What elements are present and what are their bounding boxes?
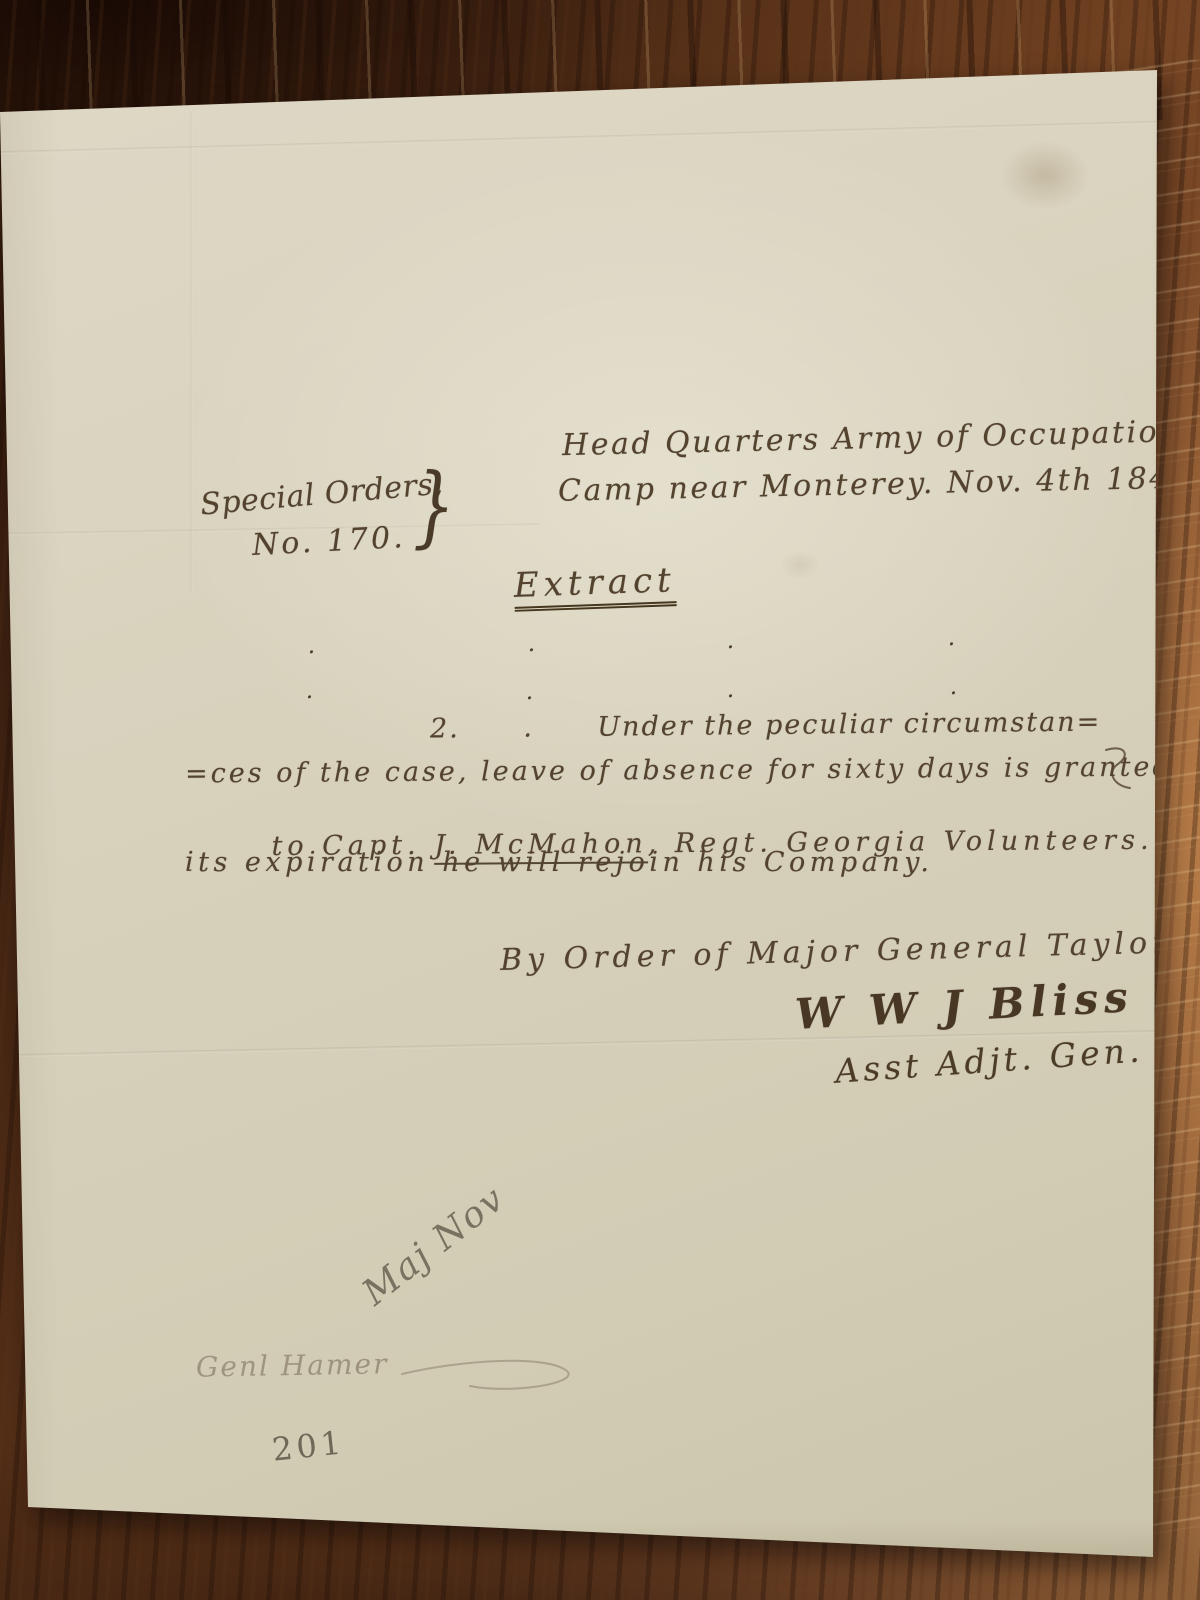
photo-of-document: Head Quarters Army of Occupation. Camp n…	[0, 0, 1200, 1600]
fold-crease-vertical	[190, 112, 193, 592]
dot: .	[727, 631, 734, 653]
paper-shadow-wrap: Head Quarters Army of Occupation. Camp n…	[0, 0, 1200, 1600]
by-order-line: By Order of Major General Taylor;	[500, 928, 1187, 976]
dot: .	[948, 628, 955, 650]
dot: .	[308, 636, 315, 658]
ink-flourish	[1100, 742, 1140, 792]
header-line-1: Head Quarters Army of Occupation.	[562, 417, 1194, 461]
extract-title: Extract	[513, 563, 676, 612]
faint-note-hamer: Genl Hamer	[196, 1350, 389, 1381]
signature-title: Asst Adjt. Gen.	[834, 1033, 1144, 1087]
dot: .	[528, 634, 535, 656]
faint-note-flourish	[400, 1352, 580, 1402]
document-paper: Head Quarters Army of Occupation. Camp n…	[0, 0, 1200, 1600]
body-line-4: its expiration he will rejoin his Compan…	[185, 849, 933, 876]
page-number: 201	[271, 1426, 347, 1465]
dot: .	[950, 677, 957, 699]
dot: .	[526, 682, 533, 704]
dot: .	[306, 681, 313, 703]
body-line-1: 2. . Under the peculiar circumstan=	[430, 708, 1102, 742]
paper-stain-small	[780, 550, 820, 580]
pencil-note: Maj Nov	[357, 1180, 512, 1312]
special-orders-line: Special Orders,	[199, 469, 444, 520]
signature-bliss: W W J Bliss	[794, 976, 1135, 1036]
dot: .	[727, 680, 734, 702]
order-number-line: No. 170.	[251, 523, 406, 561]
body-line-2: =ces of the case, leave of absence for s…	[185, 754, 1173, 788]
fold-crease-top	[0, 121, 1160, 154]
header-line-2: Camp near Monterey. Nov. 4th 1846.	[558, 463, 1200, 507]
paper-stain	[1000, 140, 1090, 210]
orders-brace: }	[413, 462, 455, 550]
